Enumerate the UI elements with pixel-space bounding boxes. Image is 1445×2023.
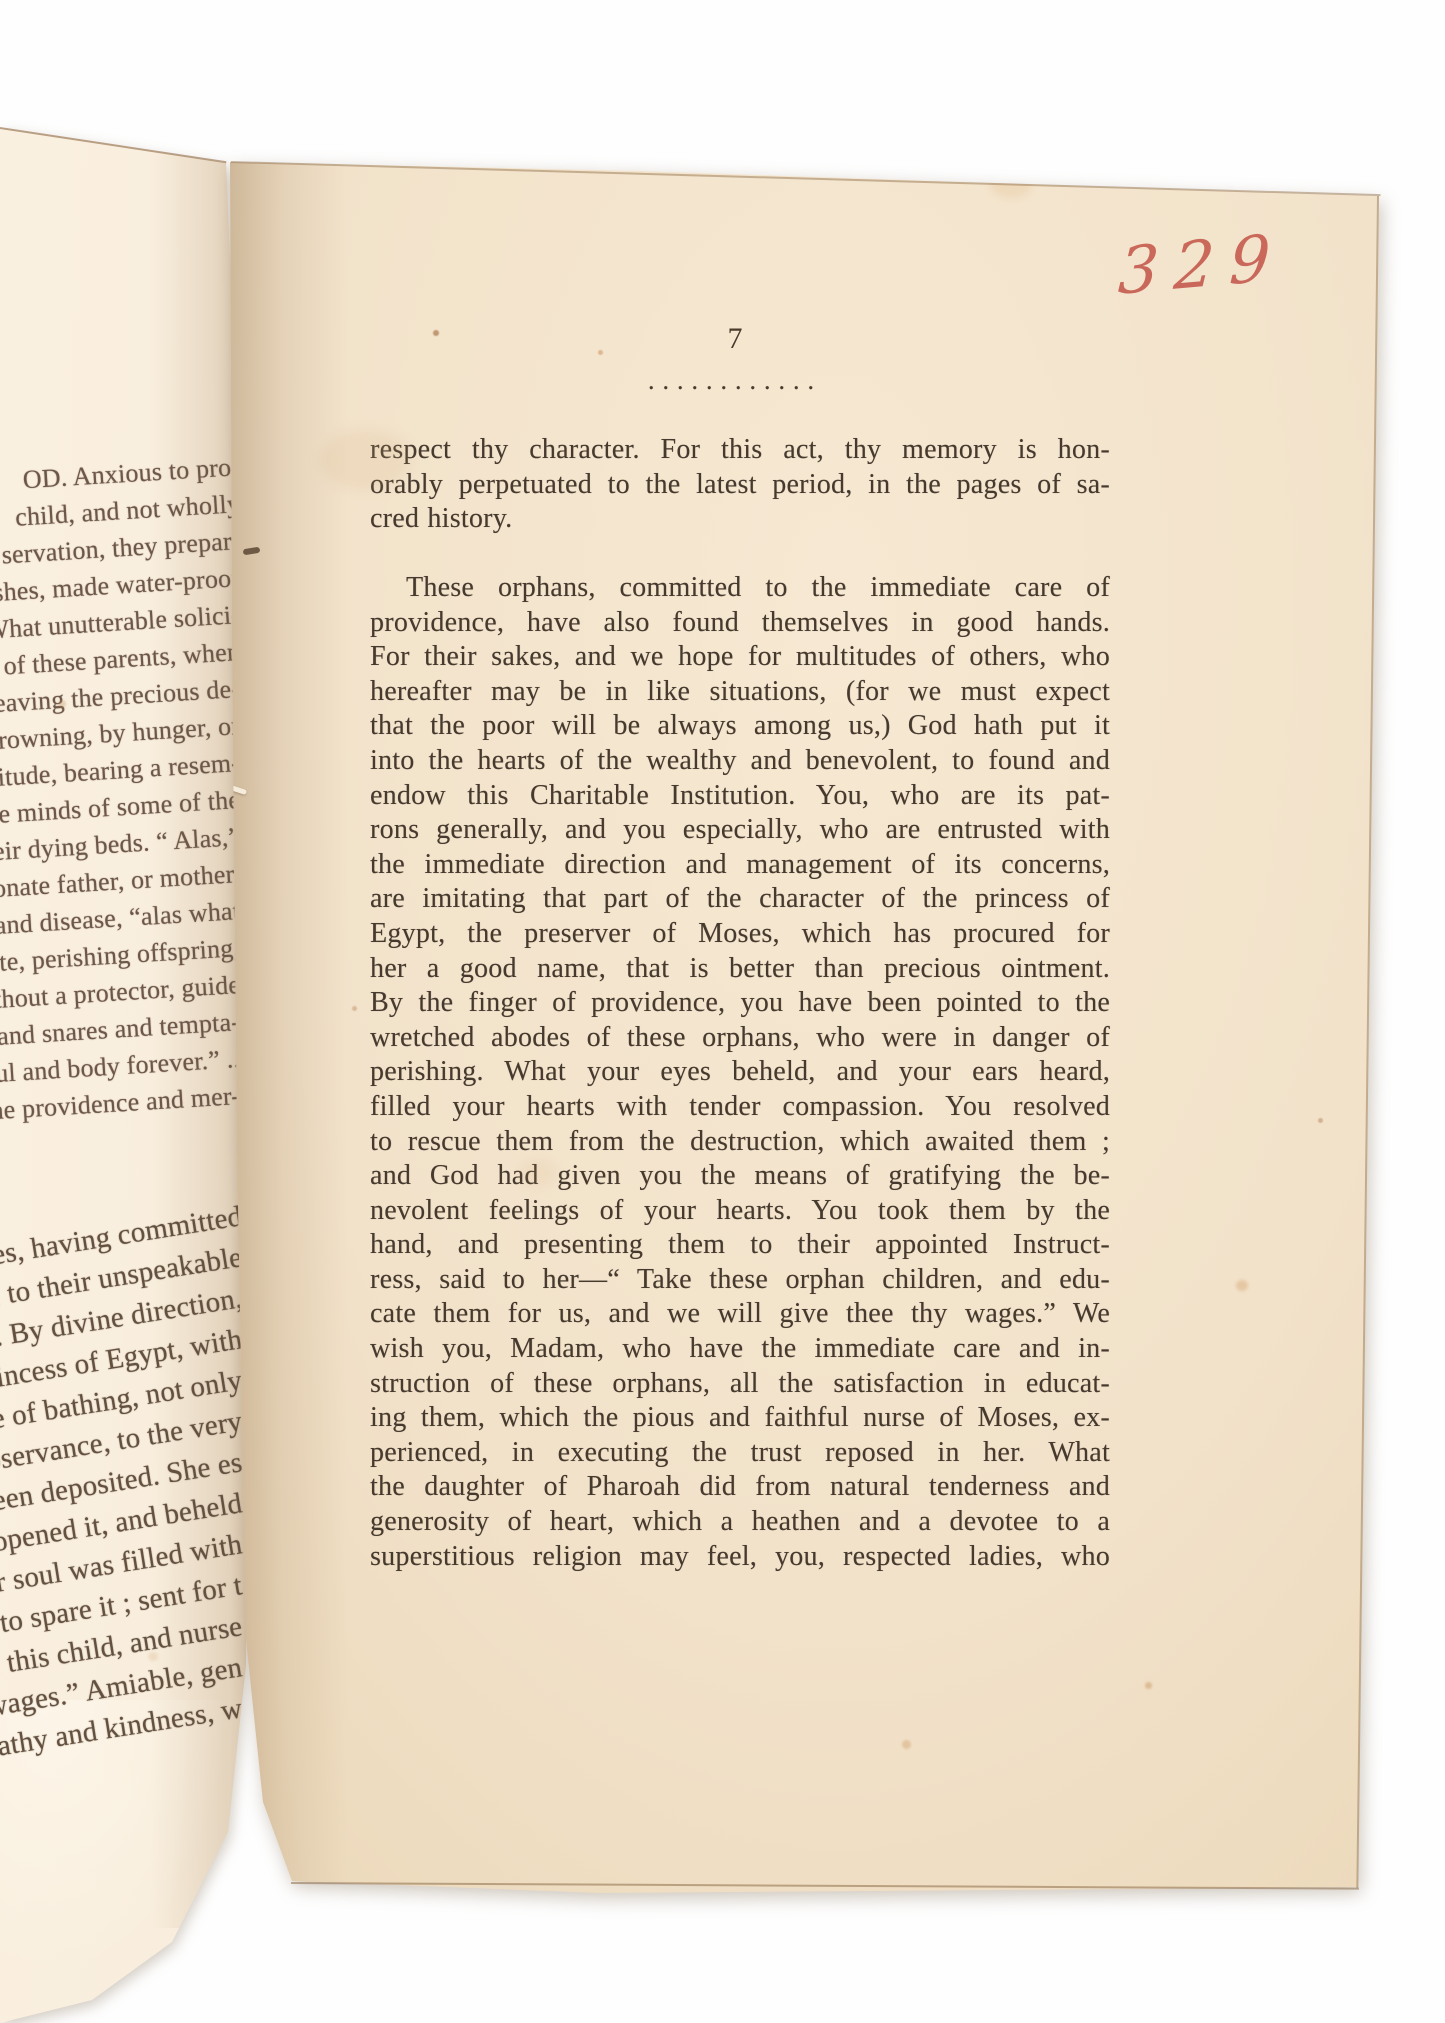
text-line: generosity of heart, which a heathen and…: [370, 1505, 1110, 1540]
text-line: the minds of some of the: [0, 781, 241, 847]
text-line: em to the providence and mer-: [0, 1077, 241, 1143]
page-edge: [231, 161, 1381, 196]
photo-backdrop: OD. Anxious to pro-child, and not wholly…: [0, 0, 1445, 2023]
foxing-spot: [58, 700, 66, 708]
text-line: drowning, by hunger, or: [0, 707, 241, 773]
page-number: 7: [360, 322, 1110, 356]
text-line: to rescue them from the destruction, whi…: [370, 1125, 1110, 1160]
text-line: rons generally, and you especially, who …: [370, 813, 1110, 848]
foxing-spot: [1236, 1280, 1248, 1291]
text-line: infant. Her soul was filled with: [0, 1524, 245, 1646]
text-line: nevolent feelings of your hearts. You to…: [370, 1194, 1110, 1229]
text-line: providence, have also found themselves i…: [370, 606, 1110, 641]
foxing-spot: [598, 350, 603, 355]
text-line: the purpose of bathing, not only: [0, 1360, 245, 1482]
text-line: For their sakes, and we hope for multitu…: [370, 640, 1110, 675]
text-line: are imitating that part of the character…: [370, 882, 1110, 917]
text-line: the daughter of Pharoah did from natural…: [370, 1470, 1110, 1505]
text-line: wretched abodes of these orphans, who we…: [370, 1021, 1110, 1056]
text-line: of these parents, when: [0, 633, 241, 699]
text-line: and God had given you the means of grati…: [370, 1159, 1110, 1194]
text-line: that the poor will be always among us,) …: [370, 709, 1110, 744]
text-line: leaving the precious de-: [0, 670, 241, 736]
foxing-spot: [1318, 1118, 1323, 1123]
text-line: the immediate direction and management o…: [370, 848, 1110, 883]
right-page-wrap: 329 7 ............ respect thy character…: [0, 0, 1445, 2023]
text-line: of soul and body forever.” ..: [0, 1040, 241, 1106]
text-line: —“ Take this child, and nurse: [0, 1606, 245, 1728]
right-page: 329 7 ............ respect thy character…: [0, 0, 1445, 2023]
left-page: OD. Anxious to pro-child, and not wholly…: [0, 0, 1445, 2023]
section-divider-dots: ............: [360, 366, 1110, 396]
text-line: e thee thy wages.” Amiable, gen: [0, 1647, 245, 1769]
text-line: ress, said to her—“ Take these orphan ch…: [370, 1263, 1110, 1298]
text-line: respect thy character. For this act, thy…: [370, 433, 1110, 468]
page-edge: [291, 1882, 1359, 1890]
text-line: oon found, to their unspeakable: [0, 1237, 245, 1359]
text-line: child, and not wholly: [0, 485, 241, 551]
foxing-spot: [520, 1160, 556, 1186]
text-line: wish you, Madam, who have the immediate …: [370, 1332, 1110, 1367]
text-line: By the finger of providence, you have be…: [370, 986, 1110, 1021]
text-line: ing them, which the pious and faithful n…: [370, 1401, 1110, 1436]
text-line: , sent for it, opened it, and beheld: [0, 1483, 245, 1605]
page-curl-highlight: [0, 1700, 260, 2023]
text-line: What unutterable solici-: [0, 596, 241, 662]
foxing-spot: [902, 1740, 911, 1749]
text-line: ushes, made water-proof: [0, 559, 241, 625]
text-line: termined to spare it ; sent for t: [0, 1565, 245, 1687]
text-line: eir dying beds. “ Alas,”: [0, 818, 241, 884]
foxing-spot: [1145, 1682, 1152, 1689]
text-line: OD. Anxious to pro-: [0, 448, 241, 514]
text-line: into the hearts of the wealthy and benev…: [370, 744, 1110, 779]
text-line: servation, they prepar-: [0, 522, 241, 588]
text-line: without a protector, guide: [0, 966, 241, 1032]
text-line: a religious observance, to the very: [0, 1401, 245, 1523]
text-line: her a good name, that is better than pre…: [370, 952, 1110, 987]
foxing-spot: [148, 1652, 158, 1661]
text-line: orably perpetuated to the latest period,…: [370, 468, 1110, 503]
text-line: cate them for us, and we will give thee …: [370, 1297, 1110, 1332]
paragraph-1: respect thy character. For this act, thy…: [370, 433, 1110, 537]
text-line: These orphans, committed to the immediat…: [370, 571, 1110, 606]
text-line: ctionate father, or mother,: [0, 855, 241, 921]
page-edge: [0, 127, 226, 163]
text-line: ousand snares and tempta-: [0, 1003, 241, 1069]
text-line: hands. By divine direction,: [0, 1278, 245, 1400]
foxing-spot: [352, 1006, 357, 1011]
page-edge: [1356, 196, 1379, 1888]
text-line: mire thy sympathy and kindness, w: [0, 1688, 245, 1810]
text-line: e and disease, “alas what: [0, 892, 241, 958]
binding-thread: [220, 782, 247, 795]
text-line: n, the princess of Egypt, with: [0, 1319, 245, 1441]
text-line: filled your hearts with tender compassio…: [370, 1090, 1110, 1125]
gutter-shadow-left: [150, 128, 250, 1928]
text-line: perishing. What your eyes beheld, and yo…: [370, 1055, 1110, 1090]
text-line: endow this Charitable Institution. You, …: [370, 779, 1110, 814]
left-page-upper-text: OD. Anxious to pro-child, and not wholly…: [0, 448, 240, 1114]
text-line: perienced, in executing the trust repose…: [370, 1436, 1110, 1471]
text-line: ant Moses, having committed: [0, 1196, 245, 1318]
text-line: struction of these orphans, all the sati…: [370, 1367, 1110, 1402]
left-page-wrap: OD. Anxious to pro-child, and not wholly…: [0, 0, 1445, 2023]
text-line: superstitious religion may feel, you, re…: [370, 1540, 1110, 1575]
text-line: hand, and presenting them to their appoi…: [370, 1228, 1110, 1263]
text-line: Egypt, the preserver of Moses, which has…: [370, 917, 1110, 952]
foxing-spot: [433, 330, 439, 336]
text-line: hereafter may be in like situations, (fo…: [370, 675, 1110, 710]
text-line: cred history.: [370, 502, 1110, 537]
foxing-spot: [320, 430, 410, 490]
text-line: titute, perishing offspring,: [0, 929, 241, 995]
gutter-shadow: [230, 162, 348, 1890]
left-page-lower-text: ant Moses, having committedoon found, to…: [0, 1196, 242, 1729]
paragraph-2: These orphans, committed to the immediat…: [370, 571, 1110, 1574]
text-line: k had just been deposited. She es: [0, 1442, 245, 1564]
binding-stitch-mark: [243, 547, 261, 556]
text-line: citude, bearing a resem-: [0, 744, 241, 810]
handwritten-catalog-number: 329: [1116, 216, 1339, 310]
